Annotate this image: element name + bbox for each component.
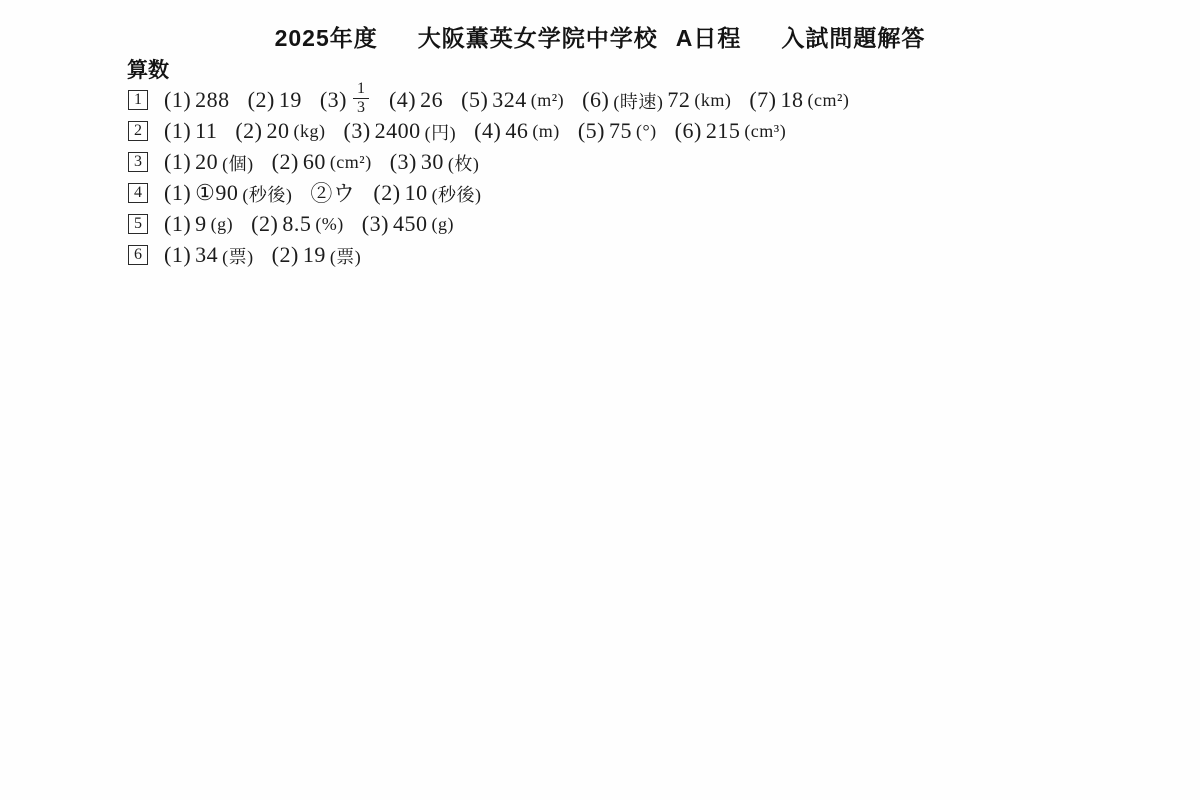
document-title: 2025年度 大阪薫英女学院中学校 A日程 入試問題解答 [0, 20, 1200, 53]
answer-label: ②ウ [310, 177, 355, 208]
answer-item: (1)20(個) [164, 149, 254, 175]
answer-row: 6 (1)34(票)(2)19(票) [128, 239, 849, 270]
title-year: 2025年度 [275, 20, 378, 53]
answer-item: (2)10(秒後) [373, 180, 481, 206]
answer-label: (6) [582, 87, 609, 113]
question-number-box: 3 [128, 152, 148, 172]
subject-heading: 算数 [127, 54, 169, 84]
answer-item: ②ウ [310, 177, 355, 208]
answer-unit: (%) [315, 214, 343, 235]
answer-value: 20 [195, 149, 218, 175]
answer-unit: (cm²) [330, 152, 372, 173]
answer-value: 75 [609, 118, 632, 144]
title-school: 大阪薫英女学院中学校 [418, 20, 658, 53]
answer-unit: (m) [532, 121, 560, 142]
answer-row: 3 (1)20(個)(2)60(cm²)(3)30(枚) [128, 146, 849, 177]
answer-item: (2)19 [248, 87, 302, 113]
answer-value: 72 [667, 87, 690, 113]
answer-unit: (個) [222, 150, 254, 176]
answer-prefix: (時速) [613, 88, 663, 114]
answer-item: (3)450(g) [362, 211, 454, 237]
answer-item: (1)288 [164, 87, 230, 113]
answer-row: 4 (1)①90(秒後)②ウ(2)10(秒後) [128, 177, 849, 208]
answer-item: (3)2400(円) [344, 118, 457, 144]
title-doc-type: 入試問題解答 [781, 20, 925, 53]
answer-item: (5)75(°) [578, 118, 657, 144]
fraction-numerator: 1 [353, 81, 369, 98]
answer-value: 288 [195, 87, 230, 113]
answer-value: 8.5 [282, 211, 311, 237]
answer-value: 9 [195, 211, 207, 237]
answer-value: 10 [405, 180, 428, 206]
answer-item: (2)60(cm²) [272, 149, 372, 175]
answer-unit: (cm²) [807, 90, 849, 111]
answer-label: (2) [251, 211, 278, 237]
answer-value: 30 [421, 149, 444, 175]
question-number-box: 5 [128, 214, 148, 234]
answer-label: (2) [272, 149, 299, 175]
answer-unit: (秒後) [432, 181, 482, 207]
question-number-box: 2 [128, 121, 148, 141]
answer-label: (3) [320, 87, 347, 113]
answer-item: (2)19(票) [272, 242, 362, 268]
answer-item: (7)18(cm²) [749, 87, 849, 113]
answer-row: 2 (1)11(2)20(kg)(3)2400(円)(4)46(m)(5)75(… [128, 115, 849, 146]
answer-value: 18 [780, 87, 803, 113]
question-number-box: 6 [128, 245, 148, 265]
answer-unit: (m²) [531, 90, 564, 111]
answer-label: (1) [164, 149, 191, 175]
answer-items: (1)9(g)(2)8.5(%)(3)450(g) [164, 211, 454, 237]
answer-unit: (g) [211, 214, 234, 235]
title-session: A日程 [676, 20, 742, 53]
answer-row: 5 (1)9(g)(2)8.5(%)(3)450(g) [128, 208, 849, 239]
answer-label: (4) [474, 118, 501, 144]
answer-item: (6)215(cm³) [675, 118, 787, 144]
answer-item: (5)324(m²) [461, 87, 564, 113]
answer-value: 20 [267, 118, 290, 144]
answer-value: ①90 [195, 180, 238, 206]
answer-label: (7) [749, 87, 776, 113]
answer-unit: (票) [330, 243, 362, 269]
answer-item: (3)13 [320, 82, 371, 118]
answer-item: (3)30(枚) [390, 149, 480, 175]
answer-value: 11 [195, 118, 217, 144]
answer-unit: (票) [222, 243, 254, 269]
answer-label: (5) [578, 118, 605, 144]
question-number-box: 1 [128, 90, 148, 110]
answer-item: (4)46(m) [474, 118, 560, 144]
answer-label: (6) [675, 118, 702, 144]
answer-items: (1)34(票)(2)19(票) [164, 242, 361, 268]
answer-unit: (°) [636, 121, 657, 142]
answer-label: (2) [272, 242, 299, 268]
answer-label: (1) [164, 211, 191, 237]
answer-value: 19 [303, 242, 326, 268]
answer-label: (1) [164, 180, 191, 206]
answer-unit: (枚) [448, 150, 480, 176]
answer-label: (2) [373, 180, 400, 206]
answer-unit: (秒後) [242, 181, 292, 207]
answer-items: (1)①90(秒後)②ウ(2)10(秒後) [164, 177, 482, 208]
answer-item: (2)20(kg) [235, 118, 325, 144]
answer-unit: (km) [694, 90, 731, 111]
answer-item: (1)9(g) [164, 211, 233, 237]
answer-item: (1)①90(秒後) [164, 180, 292, 206]
answer-label: (2) [235, 118, 262, 144]
answer-label: (3) [362, 211, 389, 237]
question-number-box: 4 [128, 183, 148, 203]
answer-label: (1) [164, 118, 191, 144]
answer-item: (1)11 [164, 118, 217, 144]
answer-rows: 1 (1)288(2)19(3)13(4)26(5)324(m²)(6)(時速)… [128, 84, 849, 270]
answer-unit: (g) [431, 214, 454, 235]
answer-items: (1)11(2)20(kg)(3)2400(円)(4)46(m)(5)75(°)… [164, 118, 786, 144]
answer-value: 26 [420, 87, 443, 113]
answer-items: (1)20(個)(2)60(cm²)(3)30(枚) [164, 149, 479, 175]
answer-unit: (cm³) [744, 121, 786, 142]
answer-unit: (kg) [294, 121, 326, 142]
answer-item: (1)34(票) [164, 242, 254, 268]
answer-value: 215 [706, 118, 741, 144]
answer-label: (4) [389, 87, 416, 113]
answer-sheet-page: 2025年度 大阪薫英女学院中学校 A日程 入試問題解答 算数 1 (1)288… [0, 0, 1200, 800]
answer-fraction: 13 [353, 81, 369, 117]
answer-label: (3) [344, 118, 371, 144]
answer-item: (6)(時速)72(km) [582, 87, 731, 113]
answer-label: (3) [390, 149, 417, 175]
answer-value: 2400 [375, 118, 421, 144]
fraction-denominator: 3 [353, 98, 369, 117]
answer-item: (2)8.5(%) [251, 211, 344, 237]
answer-value: 34 [195, 242, 218, 268]
answer-item: (4)26 [389, 87, 443, 113]
answer-items: (1)288(2)19(3)13(4)26(5)324(m²)(6)(時速)72… [164, 82, 849, 118]
answer-value: 450 [393, 211, 428, 237]
answer-label: (1) [164, 87, 191, 113]
answer-unit: (円) [425, 119, 457, 145]
answer-row: 1 (1)288(2)19(3)13(4)26(5)324(m²)(6)(時速)… [128, 84, 849, 115]
answer-value: 19 [279, 87, 302, 113]
answer-value: 46 [505, 118, 528, 144]
answer-label: (1) [164, 242, 191, 268]
answer-label: (2) [248, 87, 275, 113]
answer-value: 60 [303, 149, 326, 175]
answer-value: 324 [492, 87, 527, 113]
answer-label: (5) [461, 87, 488, 113]
